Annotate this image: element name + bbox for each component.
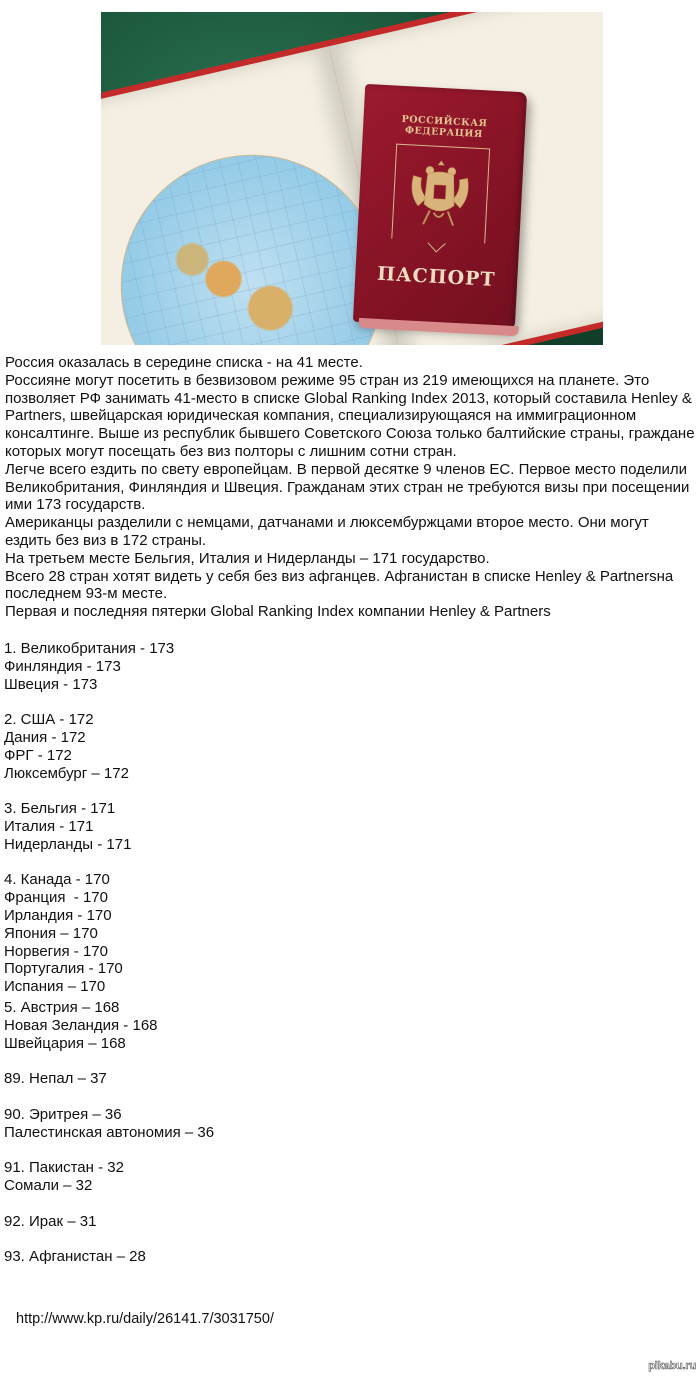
passport-title: РОССИЙСКАЯ ФЕДЕРАЦИЯ (363, 112, 526, 142)
ranking-group-1: 1. Великобритания - 173 Финляндия - 173 … (4, 640, 404, 693)
article-paragraph: Россия оказалась в середине списка - на … (5, 354, 695, 372)
ranking-row: 91. Пакистан - 32 (4, 1159, 404, 1177)
ranking-group-89: 89. Непал – 37 (4, 1070, 404, 1088)
ranking-row: Ирландия - 170 (4, 907, 404, 925)
ranking-row: Португалия - 170 (4, 960, 404, 978)
ranking-row: 90. Эритрея – 36 (4, 1106, 404, 1124)
ranking-row: Новая Зеландия - 168 (4, 1017, 404, 1035)
source-link[interactable]: http://www.kp.ru/daily/26141.7/3031750/ (16, 1311, 274, 1327)
ranking-row: Дания - 172 (4, 729, 404, 747)
ranking-list: 1. Великобритания - 173 Финляндия - 173 … (4, 640, 404, 1284)
ranking-group-90: 90. Эритрея – 36 Палестинская автономия … (4, 1106, 404, 1142)
article-text: Россия оказалась в середине списка - на … (5, 354, 695, 621)
ranking-row: 2. США - 172 (4, 711, 404, 729)
ranking-row: Норвегия - 170 (4, 943, 404, 961)
article-paragraph: Всего 28 стран хотят видеть у себя без в… (5, 568, 695, 604)
passport-word: ПАСПОРТ (355, 262, 518, 292)
ranking-row: Япония – 170 (4, 925, 404, 943)
article-paragraph: На третьем месте Бельгия, Италия и Нидер… (5, 550, 695, 568)
ranking-row: 1. Великобритания - 173 (4, 640, 404, 658)
ranking-group-3: 3. Бельгия - 171 Италия - 171 Нидерланды… (4, 800, 404, 853)
ranking-row: Финляндия - 173 (4, 658, 404, 676)
ranking-row: Франция - 170 (4, 889, 404, 907)
passport-photo: РОССИЙСКАЯ ФЕДЕРАЦИЯ ПАСПОРТ (101, 12, 603, 345)
ranking-row: Швейцария – 168 (4, 1035, 404, 1053)
ranking-group-5: 5. Австрия – 168 Новая Зеландия - 168 Шв… (4, 999, 404, 1052)
ranking-row: Палестинская автономия – 36 (4, 1124, 404, 1142)
ranking-row: Испания – 170 (4, 978, 404, 996)
ranking-row: 3. Бельгия - 171 (4, 800, 404, 818)
ranking-group-93: 93. Афганистан – 28 (4, 1248, 404, 1266)
ranking-group-92: 92. Ирак – 31 (4, 1213, 404, 1231)
article-paragraph: Первая и последняя пятерки Global Rankin… (5, 603, 695, 621)
ranking-group-4: 4. Канада - 170 Франция - 170 Ирландия -… (4, 871, 404, 996)
article-paragraph: Россияне могут посетить в безвизовом реж… (5, 372, 695, 461)
article-paragraph: Легче всего ездить по свету европейцам. … (5, 461, 695, 514)
article-paragraph: Американцы разделили с немцами, датчанам… (5, 514, 695, 550)
ranking-row: 4. Канада - 170 (4, 871, 404, 889)
double-headed-eagle-icon (403, 153, 477, 235)
ranking-row: 92. Ирак – 31 (4, 1213, 404, 1231)
ranking-group-2: 2. США - 172 Дания - 172 ФРГ - 172 Люксе… (4, 711, 404, 782)
ranking-row: Люксембург – 172 (4, 765, 404, 783)
pikabu-watermark: pikabu.ru (648, 1360, 696, 1372)
russian-passport: РОССИЙСКАЯ ФЕДЕРАЦИЯ ПАСПОРТ (353, 84, 527, 330)
ranking-row: Нидерланды - 171 (4, 836, 404, 854)
ranking-row: Сомали – 32 (4, 1177, 404, 1195)
ranking-row: 93. Афганистан – 28 (4, 1248, 404, 1266)
ranking-row: 89. Непал – 37 (4, 1070, 404, 1088)
ranking-row: 5. Австрия – 168 (4, 999, 404, 1017)
coat-of-arms-frame (391, 144, 490, 244)
ranking-row: Швеция - 173 (4, 676, 404, 694)
ranking-row: Италия - 171 (4, 818, 404, 836)
ranking-row: ФРГ - 172 (4, 747, 404, 765)
ranking-group-91: 91. Пакистан - 32 Сомали – 32 (4, 1159, 404, 1195)
